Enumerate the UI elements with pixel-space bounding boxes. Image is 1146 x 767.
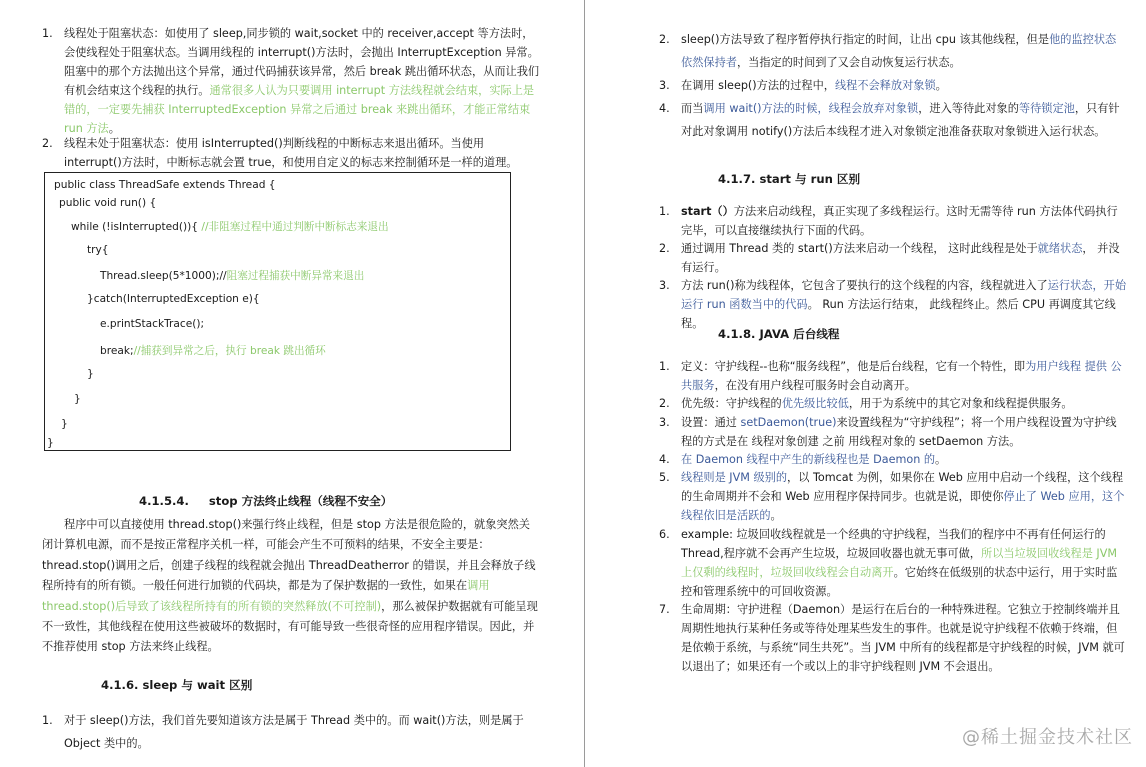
list-number: 6. [659, 525, 670, 544]
list-number: 1. [659, 357, 670, 376]
code-line: break;//捕获到异常之后，执行 break 跳出循环 [100, 343, 326, 358]
list-number: 3. [659, 413, 670, 432]
list-text: 在调用 sleep()方法的过程中，线程不会释放对象锁。 [681, 74, 1127, 97]
list-number: 4. [659, 97, 670, 120]
code-block-border [44, 173, 45, 450]
section-heading: 4.1.8. JAVA 后台线程 [718, 326, 840, 342]
list-number: 2. [659, 28, 670, 51]
right-page: 2. sleep()方法导致了程序暂停执行指定的时间，让出 cpu 该其他线程，… [585, 0, 1146, 767]
code-line: }catch(InterruptedException e){ [87, 293, 260, 305]
code-block: public class ThreadSafe extends Thread {… [44, 172, 511, 451]
list-number: 1. [659, 202, 670, 221]
list-text: 在 Daemon 线程中产生的新线程也是 Daemon 的。 [681, 450, 1127, 469]
list-text: start（）方法来启动线程，真正实现了多线程运行。这时无需等待 run 方法体… [681, 202, 1127, 240]
list-number: 2. [659, 239, 670, 258]
code-line: public void run() { [59, 197, 156, 209]
list-text: example: 垃圾回收线程就是一个经典的守护线程，当我们的程序中不再有任何运… [681, 525, 1127, 601]
code-line: } [87, 368, 94, 380]
list-text: 方法 run()称为线程体，它包含了要执行的这个线程的内容，线程就进入了运行状态… [681, 276, 1127, 333]
list-text: sleep()方法导致了程序暂停执行指定的时间，让出 cpu 该其他线程，但是他… [681, 28, 1127, 74]
section-heading: 4.1.7. start 与 run 区别 [718, 171, 860, 187]
list-text: 生命周期：守护进程（Daemon）是运行在后台的一种特殊进程。它独立于控制终端并… [681, 600, 1127, 676]
list-number: 3. [659, 276, 670, 295]
section-heading: 4.1.6. sleep 与 wait 区别 [101, 677, 252, 693]
list-number: 2. [659, 394, 670, 413]
code-line: while (!isInterrupted()){ //非阻塞过程中通过判断中断… [71, 219, 389, 234]
list-number: 5. [659, 468, 670, 487]
code-line: } [61, 418, 68, 430]
list-text: 设置：通过 setDaemon(true)来设置线程为“守护线程”；将一个用户线… [681, 413, 1127, 451]
code-line: Thread.sleep(5*1000);//阻塞过程捕获中断异常来退出 [100, 268, 364, 283]
paragraph: 程序中可以直接使用 thread.stop()来强行终止线程，但是 stop 方… [42, 515, 540, 658]
list-text: 线程未处于阻塞状态：使用 isInterrupted()判断线程的中断标志来退出… [64, 135, 540, 173]
list-number: 4. [659, 450, 670, 469]
list-text: 线程则是 JVM 级别的，以 Tomcat 为例，如果你在 Web 应用中启动一… [681, 468, 1127, 525]
code-line: public class ThreadSafe extends Thread { [54, 179, 276, 191]
list-number: 7. [659, 600, 670, 619]
list-number: 2. [42, 135, 53, 154]
list-text: 优先级：守护线程的优先级比较低，用于为系统中的其它对象和线程提供服务。 [681, 394, 1127, 413]
list-number: 1. [42, 25, 53, 44]
left-page: 1. 线程处于阻塞状态：如使用了 sleep,同步锁的 wait,socket … [0, 0, 584, 767]
list-number: 3. [659, 74, 670, 97]
list-text: 线程处于阻塞状态：如使用了 sleep,同步锁的 wait,socket 中的 … [64, 25, 540, 138]
code-line: } [74, 393, 81, 405]
code-line: e.printStackTrace(); [100, 318, 204, 330]
list-text: 而当调用 wait()方法的时候，线程会放弃对象锁，进入等待此对象的等待锁定池，… [681, 97, 1127, 143]
code-line: try{ [87, 244, 109, 256]
section-heading: 4.1.5.4.stop 方法终止线程（线程不安全） [139, 493, 392, 509]
code-line: } [47, 437, 54, 449]
watermark: @稀土掘金技术社区 [962, 723, 1133, 749]
list-text: 对于 sleep()方法，我们首先要知道该方法是属于 Thread 类中的。而 … [64, 709, 540, 755]
list-text: 定义：守护线程--也称“服务线程”，他是后台线程，它有一个特性，即为用户线程 提… [681, 357, 1127, 395]
list-text: 通过调用 Thread 类的 start()方法来启动一个线程， 这时此线程是处… [681, 239, 1127, 277]
list-number: 1. [42, 709, 53, 732]
